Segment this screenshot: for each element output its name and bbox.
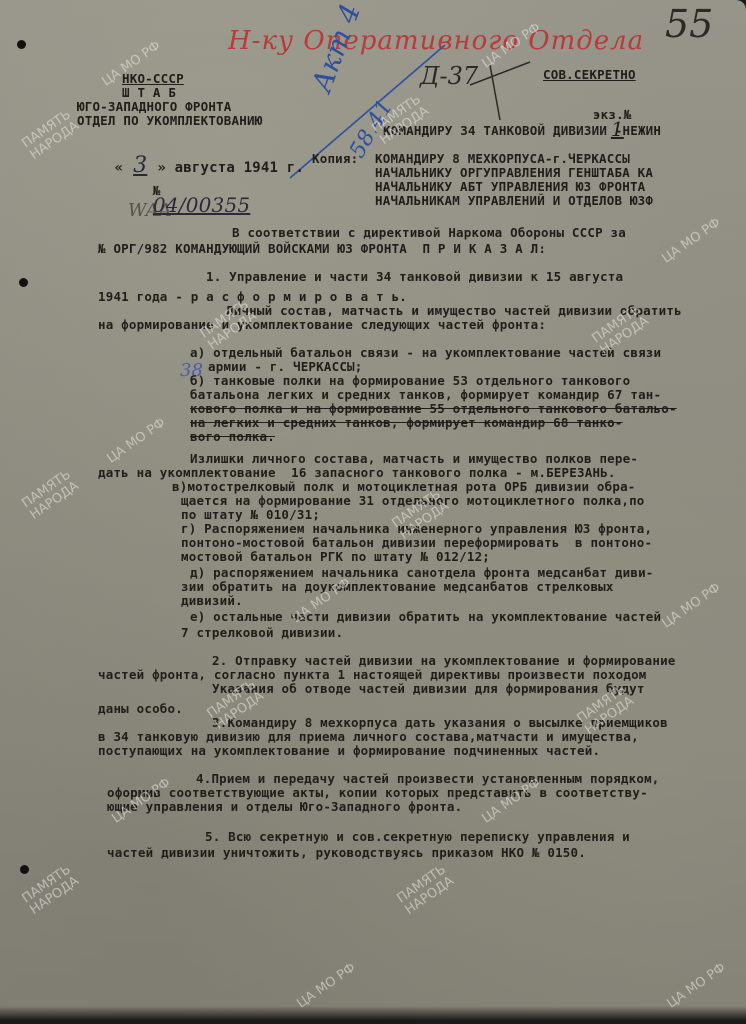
intro-line: № ОРГ/982 КОМАНДУЮЩИЙ ВОЙСКАМИ ЮЗ ФРОНТА…	[98, 242, 546, 256]
addressee-copy: НАЧАЛЬНИКУ АБТ УПРАВЛЕНИЯ ЮЗ ФРОНТА	[375, 180, 645, 194]
intro-line: В соответствии с директивой Наркома Обор…	[232, 226, 626, 240]
item-b: б) танковые полки на формирование 53 отд…	[190, 374, 630, 388]
item-b: батальона легких и средних танков, форми…	[190, 388, 661, 402]
document-page: Н-ку Оперативного Отдела 55 Акт 4 58.41 …	[0, 0, 746, 1024]
addressee-main: КОМАНДИРУ 34 ТАНКОВОЙ ДИВИЗИИ -НЕЖИН	[383, 124, 661, 138]
paragraph-3: в 34 танковую дивизию для приема личного…	[98, 730, 639, 744]
paragraph-1: 1. Управление и части 34 танковой дивизи…	[206, 270, 623, 284]
paragraph-4: ющие управления и отделы Юго-Западного ф…	[107, 800, 462, 814]
item-e: е) остальные части дивизии обратить на у…	[190, 610, 661, 624]
item-a: армии - г. ЧЕРКАССЫ;	[208, 360, 363, 374]
surplus-line: дать на укомплектование 16 запасного тан…	[98, 466, 616, 480]
item-e: 7 стрелковой дивизии.	[181, 626, 343, 640]
paragraph-1: на формирование и укомплектование следую…	[98, 318, 546, 332]
item-d: дивизий.	[181, 594, 243, 608]
addressee-copy: НАЧАЛЬНИКУ ОРГУПРАВЛЕНИЯ ГЕНШТАБА КА	[375, 166, 653, 180]
org-front: ЮГО-ЗАПАДНОГО ФРОНТА	[77, 100, 232, 114]
paragraph-2: частей фронта, согласно пункта 1 настоящ…	[98, 668, 647, 682]
copy-label: Копия:	[312, 152, 358, 166]
org-department: ОТДЕЛ ПО УКОМПЛЕКТОВАНИЮ	[77, 114, 262, 128]
item-d: зии обратить на доукомплектование медсан…	[181, 580, 614, 594]
surplus-line: Излишки личного состава, матчасть и имущ…	[190, 452, 638, 466]
item-a: а) отдельный батальон связи - на укомпле…	[190, 346, 661, 360]
document-number: № 04/00355	[122, 170, 250, 229]
addressee-copy: КОМАНДИРУ 8 МЕХКОРПУСА-г.ЧЕРКАССЫ	[375, 152, 630, 166]
item-d: д) распоряжением начальника санотдела фр…	[190, 566, 654, 580]
paragraph-2: Указания об отводе частей дивизии для фо…	[212, 682, 645, 696]
paragraph-2: даны особо.	[98, 702, 183, 716]
item-g: понтоно-мостовой батальон дивизии перефо…	[181, 536, 652, 550]
document-number-value: 04/00355	[153, 193, 250, 217]
item-v: в)мотострелковый полк и мотоциклетная ро…	[172, 480, 636, 494]
org-nko: НКО-СССР	[122, 72, 184, 86]
handwritten-dark-note: Д-37	[420, 62, 478, 90]
item-b: кового полка и на формирование 55 отдель…	[190, 402, 677, 416]
paragraph-4: 4.Прием и передачу частей произвести уст…	[196, 772, 660, 786]
item-g: мостовой батальон РГК по штату № 012/12;	[181, 550, 490, 564]
item-b: на легких и средних танков, формирует ко…	[190, 416, 623, 430]
addressee-copy: НАЧАЛЬНИКАМ УПРАВЛЕНИЙ И ОТДЕЛОВ ЮЗФ	[375, 194, 653, 208]
item-v: по штату № 010/31;	[181, 508, 320, 522]
paragraph-5: частей дивизии уничтожить, руководствуяс…	[107, 846, 586, 860]
paragraph-5: 5. Всю секретную и сов.секретную перепис…	[205, 830, 630, 844]
item-b: вого полка.	[190, 430, 275, 444]
org-staff: Ш Т А Б	[122, 86, 176, 100]
classification-stamp: СОВ.СЕКРЕТНО	[543, 68, 636, 82]
paragraph-1: 1941 года - р а с ф о р м и р о в а т ь.	[98, 290, 407, 304]
paragraph-4: оформив соответствующие акты, копии кото…	[107, 786, 648, 800]
paragraph-2: 2. Отправку частей дивизии на укомплекто…	[212, 654, 676, 668]
paragraph-3: поступающих на укомплектование и формиро…	[98, 744, 600, 758]
